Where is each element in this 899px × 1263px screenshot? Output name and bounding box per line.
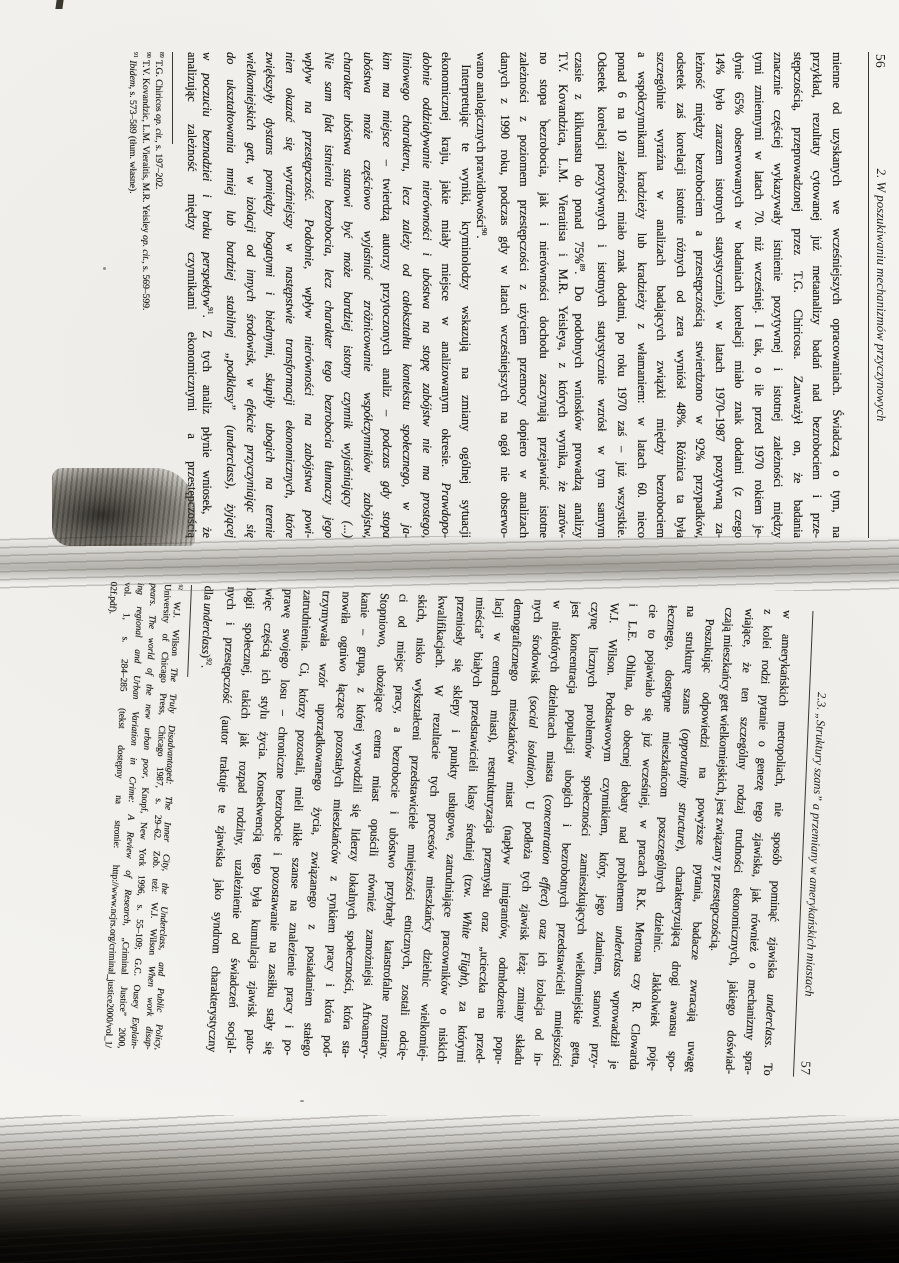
page-57-rotated-content: 2.3. „Struktury szans” a przemiany w ame… <box>64 580 835 1077</box>
scanned-book-spread: 56 2. W poszukiwaniu mechanizmów przyczy… <box>0 0 899 1263</box>
text-line: a współczynnikami kradzieży lub kradzież… <box>631 52 651 538</box>
scan-artifact-bottom-shadow <box>0 1115 899 1263</box>
page-56-footnotes: 89 T.G. Chiricos op. cit., s. 197–202.90… <box>128 52 168 538</box>
footnote-separator <box>187 585 192 677</box>
text-line: Odsetek korelacji pozytywnych i istotnyc… <box>592 52 612 538</box>
text-line: 89 T.G. Chiricos op. cit., s. 197–202. <box>154 52 167 538</box>
text-line: dobnie oddziaływanie nierówności i ubóst… <box>416 52 436 538</box>
scan-artifact-corner-tick <box>55 0 63 9</box>
page-56-running-head: 56 2. W poszukiwaniu mechanizmów przyczy… <box>871 52 888 538</box>
text-line: przykład, rezultaty cytowanej już metaan… <box>807 52 827 538</box>
text-line: liniowego charakteru, lecz zależy od cał… <box>396 52 416 538</box>
page-57-body-text: w amerykańskich metropoliach, nie sposób… <box>183 585 797 1075</box>
text-line: 91 Ibidem, s. 573–589 (tłum. własne). <box>128 52 141 538</box>
text-line: analizując zależność między czynnikami e… <box>181 52 201 538</box>
text-line: ubóstwa może częściowo wyjaśniać zróżnic… <box>357 52 377 538</box>
running-head-title: 2. W poszukiwaniu mechanizmów przyczynow… <box>873 52 888 538</box>
scan-artifact-speck <box>300 1100 304 1102</box>
text-line: T.V. Kovandzica, L.M. Vieraitisa i M.R. … <box>553 52 573 538</box>
page-56-body-text: mienne od uzyskanych we wcześniejszych o… <box>181 52 846 538</box>
text-line: charakter ubóstwa stanowi być może bardz… <box>338 52 358 538</box>
scan-artifact-blotch <box>52 468 195 546</box>
page-number: 56 <box>872 54 888 68</box>
text-line: czasie z kilkunastu do ponad 75%89. Do p… <box>572 52 592 538</box>
page-number: 57 <box>797 1061 814 1076</box>
text-line: wielkomiejskich gett, w izolacji od inny… <box>240 52 260 538</box>
text-line: nien okazać się wyraźniejszy w następstw… <box>279 52 299 538</box>
text-line: szczególnie wyraźna w analizach badający… <box>651 52 671 538</box>
text-line: wano analogicznych prawidłowości90. <box>475 52 495 538</box>
text-line: no stopa bezrobocia, jak i nierówności d… <box>533 52 553 538</box>
scan-artifact-speck <box>103 267 106 270</box>
text-line: Interpretując te wyniki, kryminolodzy ws… <box>455 52 475 538</box>
text-line: kim ma miejsce – twierdzą autorzy przyto… <box>377 52 397 538</box>
text-line: zwiększyły dystans pomiędzy bogatymi i b… <box>260 52 280 538</box>
text-line: w poczuciu beznadziei i braku perspektyw… <box>201 52 221 538</box>
running-head-rule <box>868 52 869 538</box>
text-line: tymi zmiennymi w latach 70. niż wcześnie… <box>748 52 768 538</box>
scan-artifact-speck <box>548 119 551 121</box>
page-57-running-head: 2.3. „Struktury szans” a przemiany w ame… <box>796 611 832 1077</box>
text-line: 14% było zarazem istotnych statystycznie… <box>709 52 729 538</box>
text-line: danych z 1990 roku, podczas gdy w latach… <box>494 52 514 538</box>
page-57: 2.3. „Struktury szans” a przemiany w ame… <box>64 580 835 1077</box>
text-line: 90 T.V. Kovandzic, L.M. Vieraitis, M.R. … <box>141 52 154 538</box>
page-56: 56 2. W poszukiwaniu mechanizmów przyczy… <box>128 52 890 538</box>
page-57-footnotes: 92 W.J. Wilson The Truly Disadvantaged: … <box>86 581 186 1050</box>
text-line: znacznie częściej wykazywały istnienie p… <box>768 52 788 538</box>
text-line: wpływ na przestępczość. Podobnie, wpływ … <box>299 52 319 538</box>
text-line: do ukształtowania mniej lub bardziej sta… <box>221 52 241 538</box>
text-line: dynie 65% obserwowanych w badaniach kore… <box>729 52 749 538</box>
text-line: stępczością, przeprowadzonej przez T.G. … <box>787 52 807 538</box>
text-line: zależności z poziomem przestępczości z u… <box>514 52 534 538</box>
text-line: Nie sam fakt istnienia bezrobocia, lecz … <box>318 52 338 538</box>
footnote-separator <box>172 52 173 144</box>
text-line: odsetek zaś korelacji istotnie różnych o… <box>670 52 690 538</box>
text-line: leżność między bezrobociem a przestępczo… <box>690 52 710 538</box>
text-line: ekonomicznej kraju, jakie miały miejsce … <box>436 52 456 538</box>
text-line: mienne od uzyskanych we wcześniejszych o… <box>826 52 846 538</box>
text-line: ponad 6 na 10 zależności miało znak doda… <box>611 52 631 538</box>
page-56-rotated-content: 56 2. W poszukiwaniu mechanizmów przyczy… <box>128 52 890 538</box>
